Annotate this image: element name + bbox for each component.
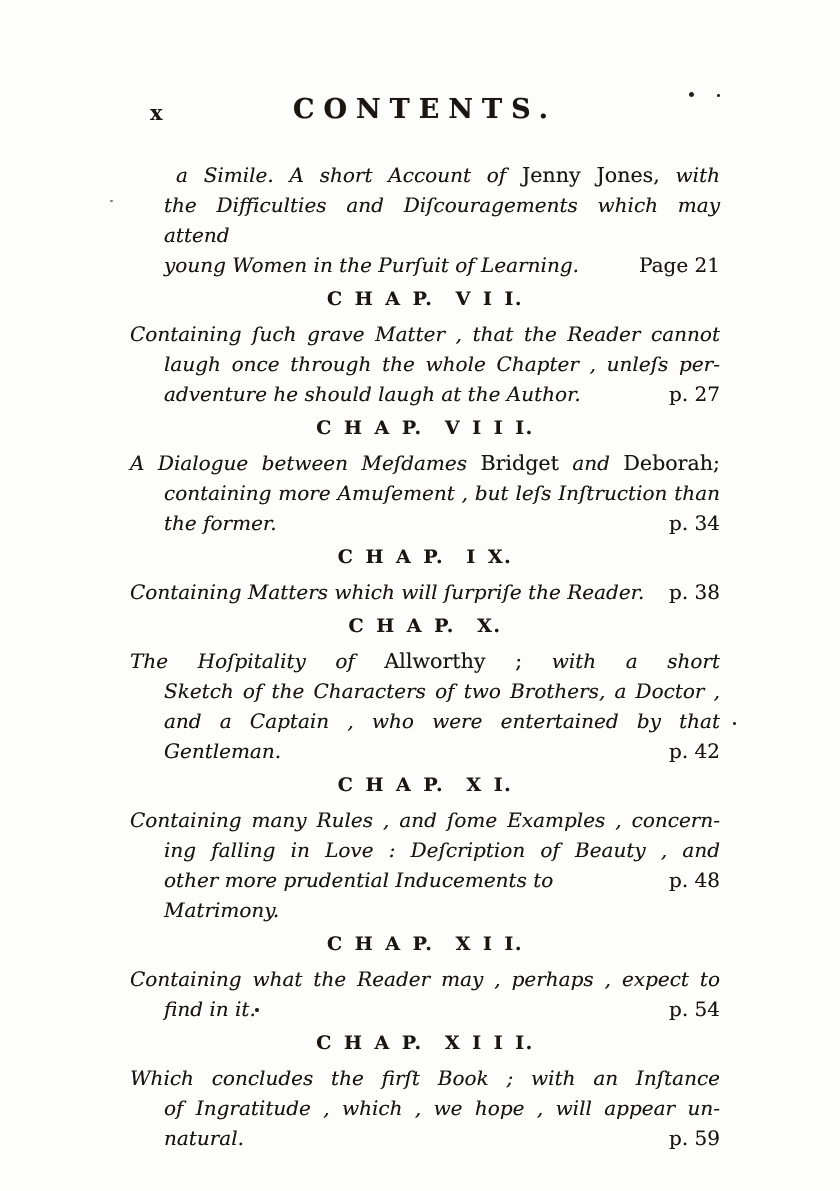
text-segment: laugh once through the whole Chapter , u… <box>164 352 720 376</box>
page-ref: p. 38 <box>655 577 720 607</box>
text-segment: young Women in the Purſuit of Learning. <box>164 253 579 277</box>
toc-line: Gentleman.p. 42 <box>130 736 720 766</box>
text-segment: the Difficulties and Diſcouragements whi… <box>164 193 720 247</box>
text-segment: of Ingratitude , which , we hope , will … <box>164 1096 720 1120</box>
table-of-contents: a Simile. A short Account of Jenny Jones… <box>130 160 720 1153</box>
text-segment: Which concludes the firſt Book ; with an… <box>130 1066 720 1090</box>
text-segment: The Hoſpitality of <box>130 649 384 673</box>
line-text: A Dialogue between Meſdames Bridget and … <box>130 451 720 475</box>
line-text: Which concludes the firſt Book ; with an… <box>130 1066 720 1090</box>
line-text: young Women in the Purſuit of Learning. <box>164 250 579 280</box>
toc-line: the Difficulties and Diſcouragements whi… <box>130 190 720 250</box>
line-text: adventure he should laugh at the Author. <box>164 379 581 409</box>
page-ref: p. 27 <box>655 379 720 409</box>
text-segment: with <box>660 163 720 187</box>
page-ref: p. 59 <box>655 1123 720 1153</box>
line-text: of Ingratitude , which , we hope , will … <box>164 1096 720 1120</box>
text-segment: Deborah; <box>623 451 720 475</box>
line-text: Containing what the Reader may , perhaps… <box>130 967 720 991</box>
text-segment: the former. <box>164 511 277 535</box>
text-segment: ing falling in Love : Deſcription of Bea… <box>164 838 720 862</box>
text-segment: Containing what the Reader may , perhaps… <box>130 967 720 991</box>
text-segment: Containing many Rules , and ſome Example… <box>130 808 720 832</box>
page-ref: p. 42 <box>655 736 720 766</box>
toc-entry: C H A P. V I I I.A Dialogue between Meſd… <box>130 414 720 538</box>
line-text: find in it. <box>164 994 256 1024</box>
line-text: the former. <box>164 508 277 538</box>
toc-line: find in it.p. 54 <box>130 994 720 1024</box>
toc-entry: C H A P. X I I I.Which concludes the fir… <box>130 1029 720 1153</box>
line-text: Containing ſuch grave Matter , that the … <box>130 322 720 346</box>
text-segment: natural. <box>164 1126 244 1150</box>
line-text: and a Captain , who were entertained by … <box>164 709 720 733</box>
line-text: other more prudential Inducements to Mat… <box>164 865 655 925</box>
toc-line: a Simile. A short Account of Jenny Jones… <box>130 160 720 190</box>
text-segment: Containing ſuch grave Matter , that the … <box>130 322 720 346</box>
ink-speck <box>110 200 113 202</box>
book-page: x CONTENTS. a Simile. A short Account of… <box>0 0 840 1191</box>
toc-entry: a Simile. A short Account of Jenny Jones… <box>130 160 720 280</box>
chapter-heading: C H A P. X I. <box>130 771 720 799</box>
line-text: laugh once through the whole Chapter , u… <box>164 352 720 376</box>
toc-line: young Women in the Purſuit of Learning.P… <box>130 250 720 280</box>
page-content: x CONTENTS. a Simile. A short Account of… <box>130 0 720 1153</box>
toc-entry: C H A P. X.The Hoſpitality of Allworthy … <box>130 612 720 766</box>
toc-line: natural.p. 59 <box>130 1123 720 1153</box>
toc-line: adventure he should laugh at the Author.… <box>130 379 720 409</box>
line-text: ing falling in Love : Deſcription of Bea… <box>164 838 720 862</box>
contents-title: CONTENTS. <box>130 94 720 125</box>
text-segment: with a short <box>522 649 720 673</box>
line-text: Containing Matters which will ſurpriſe t… <box>130 577 644 607</box>
text-segment: Gentleman. <box>164 739 281 763</box>
toc-entry: C H A P. V I I.Containing ſuch grave Mat… <box>130 285 720 409</box>
line-text: the Difficulties and Diſcouragements whi… <box>164 193 720 247</box>
toc-line: other more prudential Inducements to Mat… <box>130 865 720 925</box>
toc-line: containing more Amuſement , but leſs Inſ… <box>130 478 720 508</box>
chapter-heading: C H A P. V I I. <box>130 285 720 313</box>
text-segment: adventure he should laugh at the Author. <box>164 382 581 406</box>
toc-line: Sketch of the Characters of two Brothers… <box>130 676 720 706</box>
toc-line: The Hoſpitality of Allworthy ; with a sh… <box>130 646 720 676</box>
chapter-heading: C H A P. X I I. <box>130 930 720 958</box>
page-header: x CONTENTS. <box>130 94 720 132</box>
text-segment: a Simile. A short Account of <box>176 163 522 187</box>
line-text: Sketch of the Characters of two Brothers… <box>164 679 720 703</box>
text-segment: containing more Amuſement , but leſs Inſ… <box>164 481 720 505</box>
text-segment: Containing Matters which will ſurpriſe t… <box>130 580 644 604</box>
toc-line: of Ingratitude , which , we hope , will … <box>130 1093 720 1123</box>
line-text: a Simile. A short Account of Jenny Jones… <box>176 163 720 187</box>
page-ref: p. 54 <box>655 994 720 1024</box>
ink-speck <box>733 722 736 725</box>
text-segment: Allworthy ; <box>384 649 522 673</box>
text-segment: Bridget <box>480 451 558 475</box>
toc-line: laugh once through the whole Chapter , u… <box>130 349 720 379</box>
text-segment: and a Captain , who were entertained by … <box>164 709 720 733</box>
text-segment: A Dialogue between Meſdames <box>130 451 480 475</box>
toc-line: and a Captain , who were entertained by … <box>130 706 720 736</box>
toc-line: Containing ſuch grave Matter , that the … <box>130 319 720 349</box>
line-text: containing more Amuſement , but leſs Inſ… <box>164 481 720 505</box>
toc-line: Containing Matters which will ſurpriſe t… <box>130 577 720 607</box>
toc-line: Which concludes the firſt Book ; with an… <box>130 1063 720 1093</box>
text-segment: other more prudential Inducements to Mat… <box>164 868 553 922</box>
toc-line: the former.p. 34 <box>130 508 720 538</box>
page-ref: Page 21 <box>625 250 720 280</box>
text-segment: Sketch of the Characters of two Brothers… <box>164 679 720 703</box>
toc-line: A Dialogue between Meſdames Bridget and … <box>130 448 720 478</box>
toc-entry: C H A P. I X.Containing Matters which wi… <box>130 543 720 607</box>
line-text: natural. <box>164 1123 244 1153</box>
chapter-heading: C H A P. I X. <box>130 543 720 571</box>
toc-line: Containing what the Reader may , perhaps… <box>130 964 720 994</box>
text-segment: find in it. <box>164 997 256 1021</box>
margin-page-number: x <box>150 100 163 125</box>
text-segment: and <box>559 451 624 475</box>
text-segment: Jenny Jones <box>522 163 653 187</box>
toc-entry: C H A P. X I.Containing many Rules , and… <box>130 771 720 925</box>
line-text: The Hoſpitality of Allworthy ; with a sh… <box>130 649 720 673</box>
page-ref: p. 48 <box>655 865 720 895</box>
chapter-heading: C H A P. X I I I. <box>130 1029 720 1057</box>
page-ref: p. 34 <box>655 508 720 538</box>
toc-entry: C H A P. X I I.Containing what the Reade… <box>130 930 720 1024</box>
chapter-heading: C H A P. V I I I. <box>130 414 720 442</box>
chapter-heading: C H A P. X. <box>130 612 720 640</box>
toc-line: Containing many Rules , and ſome Example… <box>130 805 720 835</box>
toc-line: ing falling in Love : Deſcription of Bea… <box>130 835 720 865</box>
line-text: Containing many Rules , and ſome Example… <box>130 808 720 832</box>
line-text: Gentleman. <box>164 736 281 766</box>
